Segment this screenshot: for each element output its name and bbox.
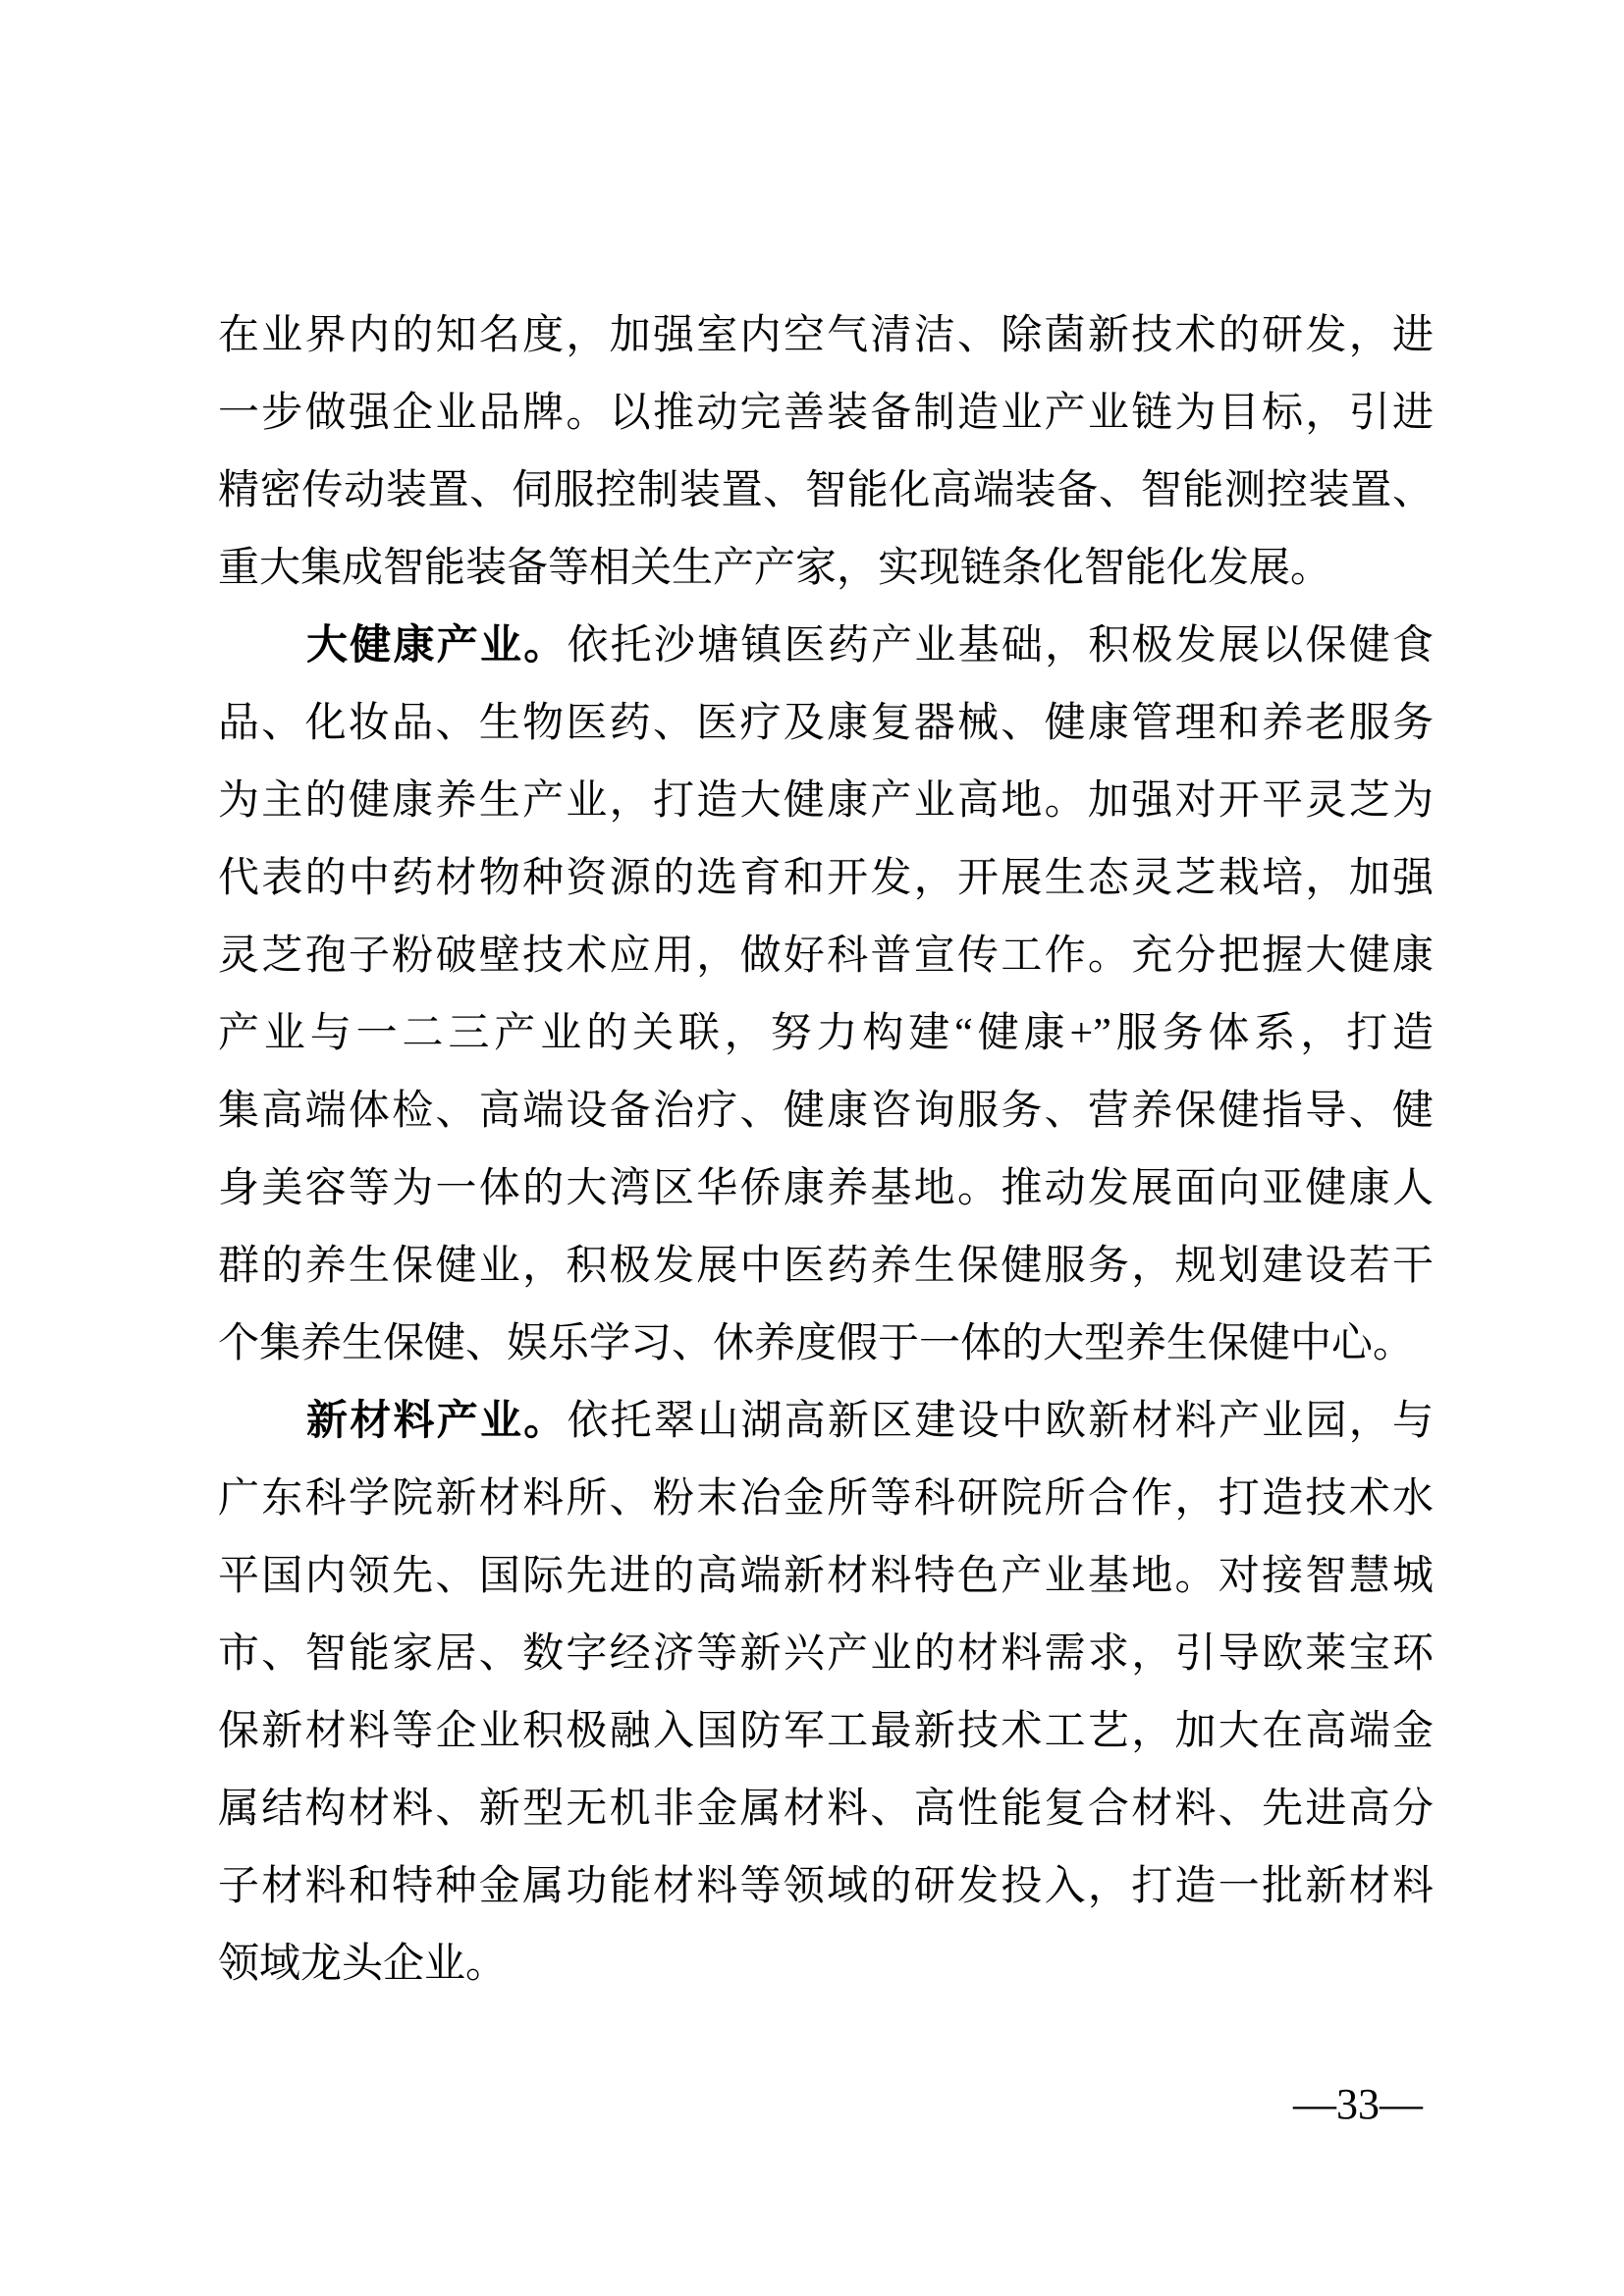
- text-line: 广东科学院新材料所、粉末冶金所等科研院所合作，打造技术水: [218, 1461, 1434, 1538]
- text-line: 品、化妆品、生物医药、医疗及康复器械、健康管理和养老服务: [218, 685, 1434, 763]
- text-run: 依托翠山湖高新区建设中欧新材料产业园，与: [567, 1399, 1434, 1444]
- document-page: 在业界内的知名度，加强室内空气清洁、除菌新技术的研发，进 一步做强企业品牌。以推…: [0, 0, 1624, 2296]
- text-line: 灵芝孢子粉破壁技术应用，做好科普宣传工作。充分把握大健康: [218, 918, 1434, 995]
- text-line: 个集养生保健、娱乐学习、休养度假于一体的大型养生保健中心。: [218, 1306, 1434, 1383]
- text-line: 身美容等为一体的大湾区华侨康养基地。推动发展面向亚健康人: [218, 1150, 1434, 1228]
- text-line: 领域龙头企业。: [218, 1926, 1434, 2003]
- text-line: 一步做强企业品牌。以推动完善装备制造业产业链为目标，引进: [218, 375, 1434, 453]
- text-line: 新材料产业。依托翠山湖高新区建设中欧新材料产业园，与: [218, 1383, 1434, 1461]
- text-line: 为主的健康养生产业，打造大健康产业高地。加强对开平灵芝为: [218, 763, 1434, 840]
- text-line: 精密传动装置、伺服控制装置、智能化高端装备、智能测控装置、: [218, 453, 1434, 530]
- text-line: 产业与一二三产业的关联，努力构建“健康+”服务体系，打造: [218, 995, 1434, 1073]
- text-run: 依托沙塘镇医药产业基础，积极发展以保健食: [567, 623, 1434, 668]
- text-line: 子材料和特种金属功能材料等领域的研发投入，打造一批新材料: [218, 1848, 1434, 1926]
- text-line: 在业界内的知名度，加强室内空气清洁、除菌新技术的研发，进: [218, 297, 1434, 375]
- text-line: 代表的中药材物种资源的选育和开发，开展生态灵芝栽培，加强: [218, 840, 1434, 918]
- text-line: 群的养生保健业，积极发展中医药养生保健服务，规划建设若干: [218, 1228, 1434, 1306]
- paragraph-lead: 新材料产业。: [306, 1399, 567, 1444]
- text-line: 平国内领先、国际先进的高端新材料特色产业基地。对接智慧城: [218, 1538, 1434, 1616]
- text-line: 保新材料等企业积极融入国防军工最新技术工艺，加大在高端金: [218, 1693, 1434, 1771]
- text-line: 大健康产业。依托沙塘镇医药产业基础，积极发展以保健食: [218, 608, 1434, 685]
- text-line: 属结构材料、新型无机非金属材料、高性能复合材料、先进高分: [218, 1771, 1434, 1848]
- paragraph-lead: 大健康产业。: [306, 623, 567, 668]
- page-number: —33—: [1293, 2079, 1423, 2130]
- text-block: 在业界内的知名度，加强室内空气清洁、除菌新技术的研发，进 一步做强企业品牌。以推…: [218, 297, 1434, 2003]
- text-line: 重大集成智能装备等相关生产产家，实现链条化智能化发展。: [218, 530, 1434, 608]
- text-line: 市、智能家居、数字经济等新兴产业的材料需求，引导欧莱宝环: [218, 1616, 1434, 1693]
- text-line: 集高端体检、高端设备治疗、健康咨询服务、营养保健指导、健: [218, 1073, 1434, 1150]
